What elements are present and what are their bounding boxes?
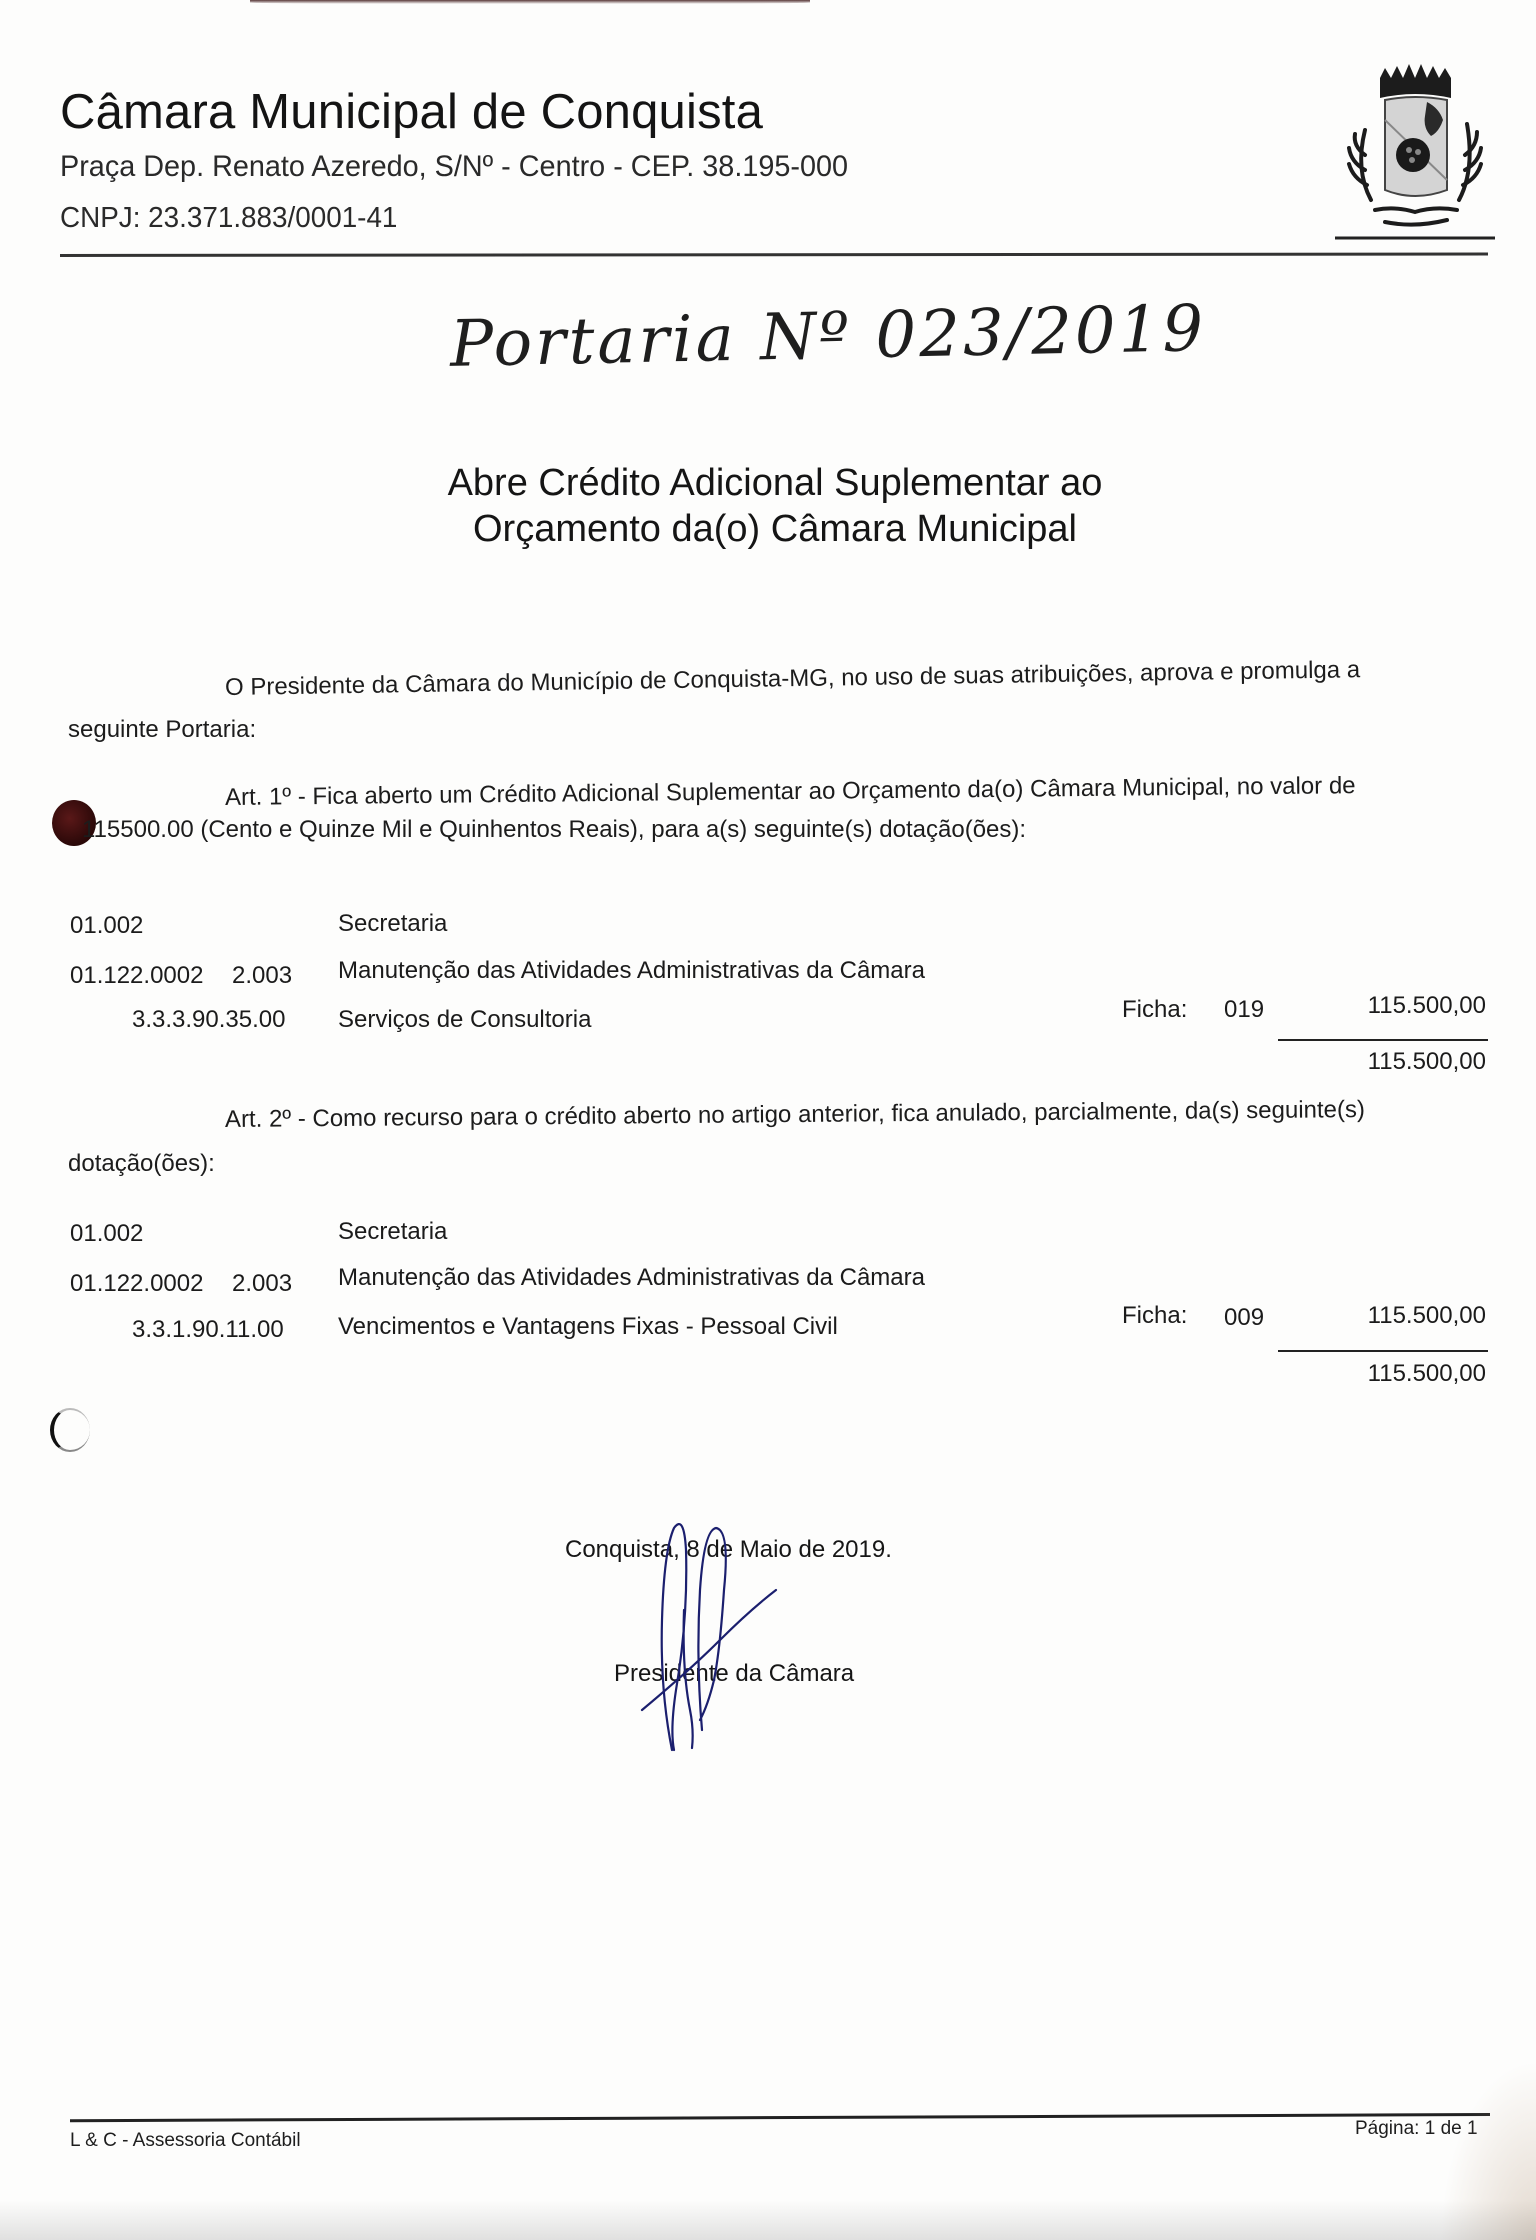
action-name: Manutenção das Atividades Administrativa… xyxy=(338,1264,925,1292)
element-code: 3.3.3.90.35.00 xyxy=(132,1006,285,1034)
title-line-1: Abre Crédito Adicional Suplementar ao xyxy=(400,460,1150,506)
element-name: Serviços de Consultoria xyxy=(338,1006,591,1034)
ficha-label: Ficha: xyxy=(1122,996,1187,1024)
page-edge-shadow xyxy=(250,0,810,4)
action-code: 2.003 xyxy=(232,962,292,990)
action-code: 2.003 xyxy=(232,1270,292,1298)
action-name: Manutenção das Atividades Administrativa… xyxy=(338,957,925,985)
element-name: Vencimentos e Vantagens Fixas - Pessoal … xyxy=(338,1313,838,1341)
sum-divider xyxy=(1278,1039,1488,1041)
footer-company: L & C - Assessoria Contábil xyxy=(70,2130,301,2152)
ficha-label: Ficha: xyxy=(1122,1302,1187,1330)
ficha-number: 009 xyxy=(1224,1304,1264,1332)
article-2-line-1: Art. 2º - Como recurso para o crédito ab… xyxy=(225,1096,1365,1134)
article-2-line-2: dotação(ões): xyxy=(68,1150,215,1178)
org-name: Câmara Municipal de Conquista xyxy=(60,84,763,140)
program-code: 01.122.0002 xyxy=(70,1270,203,1298)
allocation-amount: 115.500,00 xyxy=(1286,992,1486,1020)
org-code: 01.002 xyxy=(70,1220,143,1248)
punch-hole-mark xyxy=(50,1408,90,1452)
handwritten-signature-icon xyxy=(640,1510,800,1760)
document-title: Abre Crédito Adicional Suplementar ao Or… xyxy=(400,460,1150,552)
sum-divider xyxy=(1278,1350,1488,1352)
program-code: 01.122.0002 xyxy=(70,962,203,990)
title-line-2: Orçamento da(o) Câmara Municipal xyxy=(400,506,1150,552)
preamble-line-2: seguinte Portaria: xyxy=(68,716,256,744)
allocation-amount: 115.500,00 xyxy=(1286,1302,1486,1330)
page-bottom-shadow xyxy=(0,2200,1536,2240)
org-name: Secretaria xyxy=(338,1218,447,1246)
allocation-total: 115.500,00 xyxy=(1286,1360,1486,1388)
preamble-line-1: O Presidente da Câmara do Município de C… xyxy=(225,656,1361,702)
org-code: 01.002 xyxy=(70,912,143,940)
ficha-number: 019 xyxy=(1224,996,1264,1024)
article-1-line-2: 115500.00 (Cento e Quinze Mil e Quinhent… xyxy=(82,816,1026,844)
org-address: Praça Dep. Renato Azeredo, S/Nº - Centro… xyxy=(60,150,848,184)
allocation-total: 115.500,00 xyxy=(1286,1048,1486,1076)
element-code: 3.3.1.90.11.00 xyxy=(132,1316,284,1344)
article-1-line-1: Art. 1º - Fica aberto um Crédito Adicion… xyxy=(225,772,1356,812)
org-cnpj: CNPJ: 23.371.883/0001-41 xyxy=(60,202,397,235)
org-name: Secretaria xyxy=(338,910,447,938)
header-divider xyxy=(60,253,1488,257)
footer-divider xyxy=(70,2113,1490,2122)
coat-of-arms-icon xyxy=(1335,60,1495,240)
handwritten-portaria-number: Portaria Nº 023/2019 xyxy=(449,292,1206,382)
